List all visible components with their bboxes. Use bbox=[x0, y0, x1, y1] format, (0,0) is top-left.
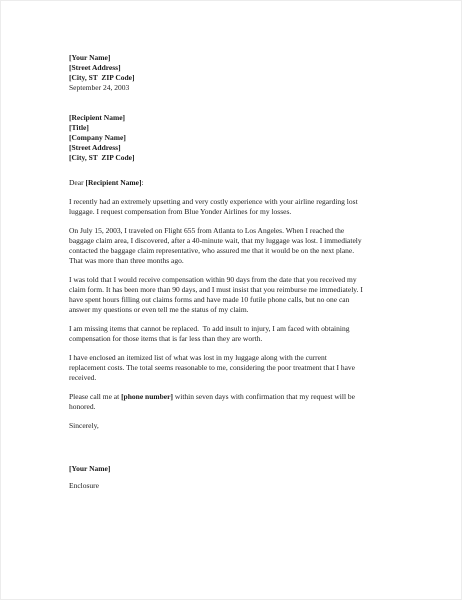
sender-name-placeholder: [Your Name] bbox=[69, 53, 417, 63]
enclosure-notation: Enclosure bbox=[69, 481, 417, 491]
phone-number-placeholder: [phone number] bbox=[121, 392, 173, 401]
text-line: have spent hours filling out claims form… bbox=[69, 295, 417, 305]
paragraph-incident: On July 15, 2003, I traveled on Flight 6… bbox=[69, 226, 417, 266]
salutation-prefix: Dear bbox=[69, 178, 85, 187]
signature-name-placeholder: [Your Name] bbox=[69, 464, 417, 474]
text-line: I was told that I would receive compensa… bbox=[69, 275, 417, 285]
salutation-colon: : bbox=[141, 178, 143, 187]
paragraph-missing-items: I am missing items that cannot be replac… bbox=[69, 324, 417, 344]
paragraph-enclosed-list: I have enclosed an itemized list of what… bbox=[69, 353, 417, 383]
text-line: Please call me at [phone number] within … bbox=[69, 392, 417, 402]
text-line: That was more than three months ago. bbox=[69, 256, 417, 266]
sender-street-placeholder: [Street Address] bbox=[69, 63, 417, 73]
sender-city-placeholder: [City, ST ZIP Code] bbox=[69, 73, 417, 83]
closing: Sincerely, bbox=[69, 421, 417, 431]
salutation: Dear [Recipient Name]: bbox=[69, 178, 417, 188]
text-line: I have enclosed an itemized list of what… bbox=[69, 353, 417, 363]
closing-line: Sincerely, bbox=[69, 421, 417, 431]
recipient-city-placeholder: [City, ST ZIP Code] bbox=[69, 153, 417, 163]
letter-page: [Your Name] [Street Address] [City, ST Z… bbox=[0, 0, 462, 600]
text-line: compensation for those items that is far… bbox=[69, 334, 417, 344]
paragraph-request: Please call me at [phone number] within … bbox=[69, 392, 417, 412]
paragraph-intro: I recently had an extremely upsetting an… bbox=[69, 197, 417, 217]
text-line: claim form. It has been more than 90 day… bbox=[69, 285, 417, 295]
recipient-street-placeholder: [Street Address] bbox=[69, 143, 417, 153]
recipient-name-placeholder: [Recipient Name] bbox=[69, 113, 417, 123]
text-line: received. bbox=[69, 373, 417, 383]
salutation-line: Dear [Recipient Name]: bbox=[69, 178, 417, 188]
sender-address-block: [Your Name] [Street Address] [City, ST Z… bbox=[69, 53, 417, 93]
recipient-title-placeholder: [Title] bbox=[69, 123, 417, 133]
recipient-company-placeholder: [Company Name] bbox=[69, 133, 417, 143]
request-suffix: within seven days with confirmation that… bbox=[173, 392, 355, 401]
text-line: I recently had an extremely upsetting an… bbox=[69, 197, 417, 207]
paragraph-claim-delay: I was told that I would receive compensa… bbox=[69, 275, 417, 315]
text-line: contacted the baggage claim representati… bbox=[69, 246, 417, 256]
text-line: On July 15, 2003, I traveled on Flight 6… bbox=[69, 226, 417, 236]
text-line: baggage claim area, I discovered, after … bbox=[69, 236, 417, 246]
letter-content: [Your Name] [Street Address] [City, ST Z… bbox=[1, 1, 461, 491]
salutation-recipient-placeholder: [Recipient Name] bbox=[85, 178, 141, 187]
letter-date: September 24, 2003 bbox=[69, 83, 417, 93]
recipient-address-block: [Recipient Name] [Title] [Company Name] … bbox=[69, 113, 417, 163]
text-line: replacement costs. The total seems reaso… bbox=[69, 363, 417, 373]
request-prefix: Please call me at bbox=[69, 392, 121, 401]
text-line: luggage. I request compensation from Blu… bbox=[69, 207, 417, 217]
text-line: I am missing items that cannot be replac… bbox=[69, 324, 417, 334]
text-line: answer my questions or even tell me the … bbox=[69, 305, 417, 315]
text-line: honored. bbox=[69, 402, 417, 412]
